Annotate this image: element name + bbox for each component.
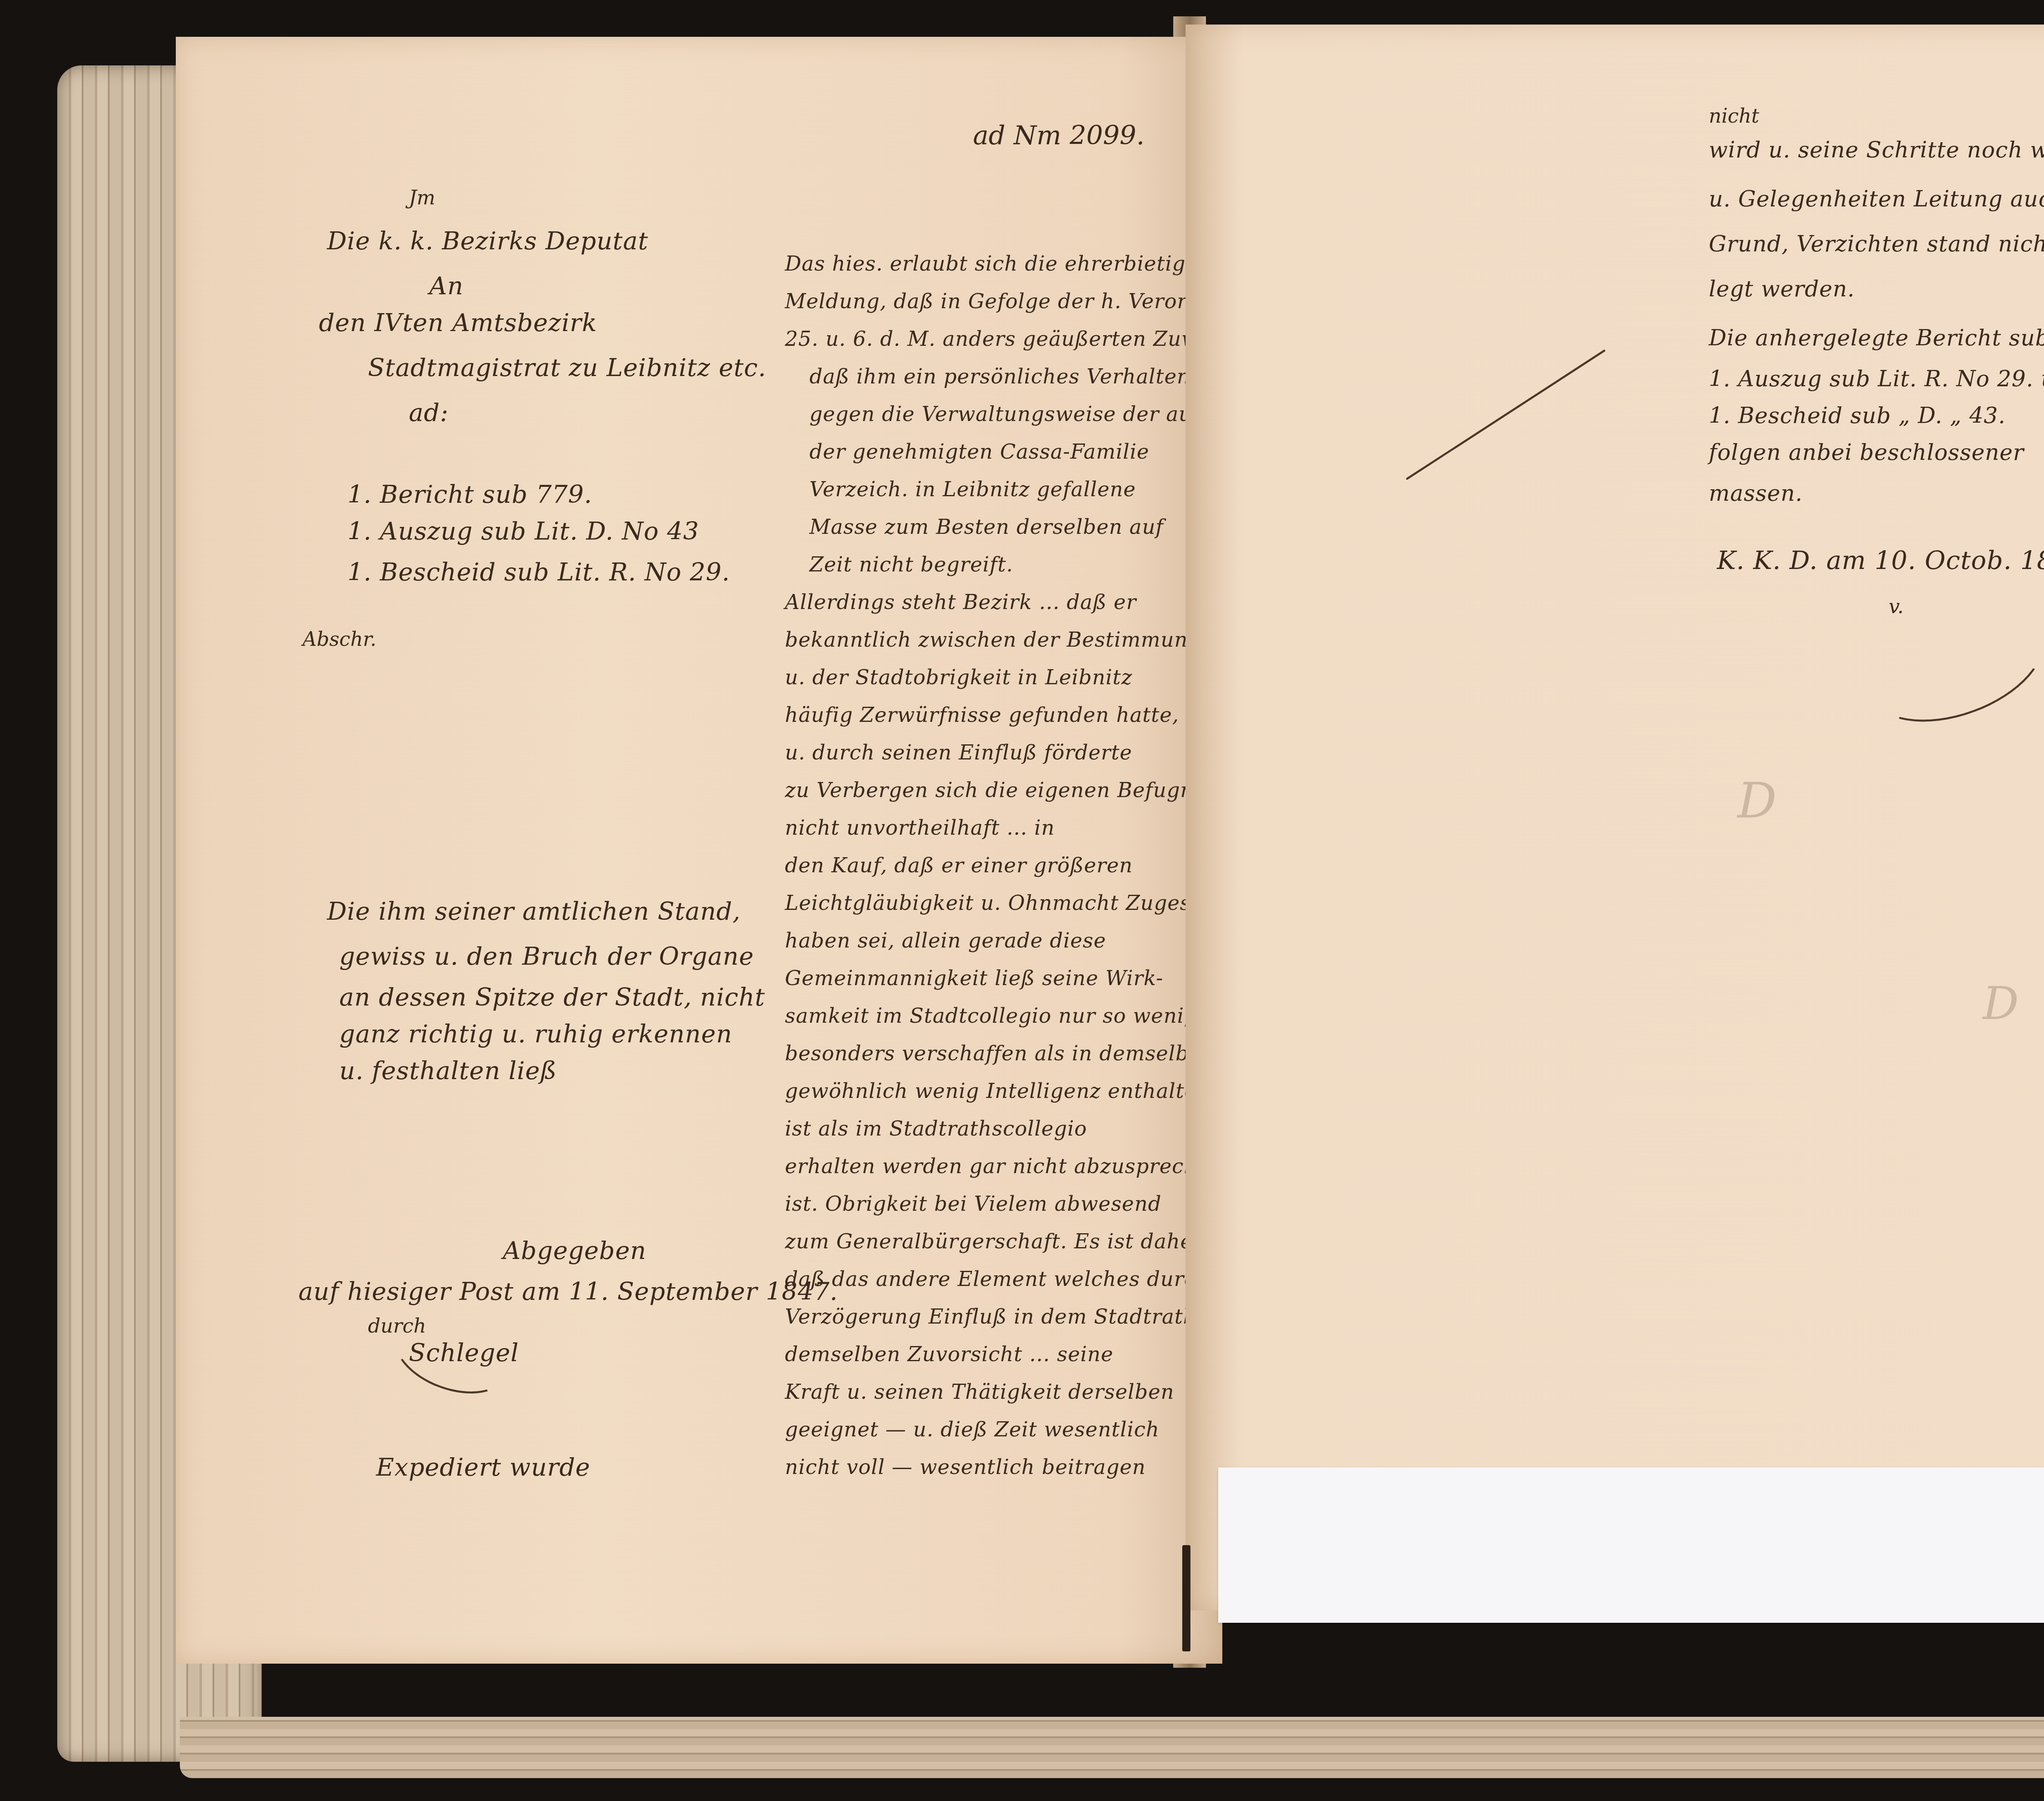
bleed-through-mark: D — [1737, 777, 1777, 826]
body-line: u. durch seinen Einfluß förderte — [785, 742, 1251, 763]
bleed-through-mark: D — [1983, 981, 2019, 1026]
right-body-line: legt werden. — [1709, 278, 1855, 300]
closing-mark: v. — [1889, 597, 1904, 616]
address-line: Jm — [409, 188, 435, 208]
side-note-line: gewiss u. den Bruch der Organe — [339, 944, 754, 969]
body-line: nicht unvortheilhaft ... in — [785, 818, 1251, 838]
right-body-line: 1. Auszug sub Lit. R. No 29. u. — [1709, 368, 2044, 390]
address-line: den IVten Amtsbezirk — [319, 311, 597, 335]
right-body-line: 1. Bescheid sub „ D. „ 43. — [1709, 405, 2006, 427]
bookmark-ribbon — [1182, 1545, 1190, 1651]
marginal-label: Abschr. — [303, 629, 377, 649]
side-note-line: ganz richtig u. ruhig erkennen — [339, 1022, 732, 1046]
address-line: Stadtmagistrat zu Leibnitz etc. — [368, 356, 766, 380]
right-body-line: Grund, Verzichten stand nicht nachge- — [1709, 233, 2044, 255]
right-body-line: wird u. seine Schritte noch weiter — [1709, 139, 2044, 161]
dispatch-line: auf hiesiger Post am 11. September 1847. — [298, 1279, 838, 1304]
body-line: erhalten werden gar nicht abzusprechen — [785, 1156, 1251, 1176]
body-line: gewöhnlich wenig Intelligenz enthalten — [785, 1081, 1251, 1101]
right-body-line: Die anhergelegte Bericht sub 779. u. — [1709, 327, 2044, 349]
side-note-line: Die ihm seiner amtlichen Stand, — [327, 899, 741, 924]
right-body-line: u. Gelegenheiten Leitung auch klar mit — [1709, 188, 2044, 210]
body-line: der genehmigten Cassa-Familie — [785, 441, 1251, 462]
body-line: daß das andere Element welches durch — [785, 1269, 1251, 1289]
body-line: häufig Zerwürfnisse gefunden hatte, — [785, 705, 1251, 725]
reference-number: ad Nm 2099. — [973, 123, 1145, 149]
address-line: ad: — [409, 401, 448, 425]
right-body-line: massen. — [1709, 482, 1803, 504]
enclosure-item: 1. Bescheid sub Lit. R. No 29. — [347, 560, 730, 585]
body-line: haben sei, allein gerade diese — [785, 930, 1251, 951]
body-line: gegen die Verwaltungsweise der auf — [785, 404, 1251, 424]
bottom-page-edges — [180, 1717, 2044, 1778]
body-line: Meldung, daß in Gefolge der h. Verordnun… — [785, 291, 1251, 311]
address-line: An — [429, 274, 464, 298]
body-line: u. der Stadtobrigkeit in Leibnitz — [785, 667, 1251, 688]
margin-note: nicht — [1709, 106, 1759, 126]
dispatch-line: Abgegeben — [503, 1239, 646, 1263]
inserted-white-slip-bottom — [1218, 1467, 2044, 1623]
right-page — [1186, 25, 2044, 1611]
body-line: Masse zum Besten derselben auf — [785, 517, 1251, 537]
side-note-line: an dessen Spitze der Stadt, nicht — [339, 985, 765, 1010]
body-line: Verzögerung Einfluß in dem Stadtrath — [785, 1306, 1251, 1327]
body-line: zu Verbergen sich die eigenen Befugnis — [785, 780, 1251, 800]
body-line: Leichtgläubigkeit u. Ohnmacht Zugestande… — [785, 893, 1251, 913]
body-line: Verzeich. in Leibnitz gefallene — [785, 479, 1251, 500]
body-line: demselben Zuvorsicht ... seine — [785, 1344, 1251, 1364]
body-line: besonders verschaffen als in demselben — [785, 1043, 1251, 1064]
body-line: daß ihm ein persönliches Verhalten — [785, 366, 1251, 387]
body-line: samkeit im Stadtcollegio nur so weniger — [785, 1006, 1251, 1026]
body-line: Zeit nicht begreift. — [785, 554, 1251, 575]
body-line: ist. Obrigkeit bei Vielem abwesend — [785, 1194, 1251, 1214]
address-line: Die k. k. Bezirks Deputat — [327, 229, 648, 253]
body-line: bekanntlich zwischen der Bestimmung — [785, 629, 1251, 650]
side-note-line: u. festhalten ließ — [339, 1059, 557, 1083]
body-line: 25. u. 6. d. M. anders geäußerten Zuweis… — [785, 329, 1251, 349]
closing-date: K. K. D. am 10. Octob. 1847 — [1717, 548, 2044, 573]
enclosure-item: 1. Auszug sub Lit. D. No 43 — [347, 519, 699, 544]
enclosure-item: 1. Bericht sub 779. — [347, 482, 592, 507]
body-line: ist als im Stadtrathscollegio — [785, 1118, 1251, 1139]
body-line: den Kauf, daß er einer größeren — [785, 855, 1251, 876]
body-line: Das hies. erlaubt sich die ehrerbietigst… — [785, 253, 1251, 274]
right-body-line: folgen anbei beschlossener — [1709, 441, 2024, 464]
body-line: Allerdings steht Bezirk ... daß er — [785, 592, 1251, 612]
middle-column-text: Das hies. erlaubt sich die ehrerbietigst… — [785, 253, 1251, 1494]
body-line: zum Generalbürgerschaft. Es ist daher be… — [785, 1231, 1251, 1252]
body-line: geeignet — u. dieß Zeit wesentlich — [785, 1419, 1251, 1440]
body-line: Gemeinmannigkeit ließ seine Wirk- — [785, 968, 1251, 988]
expedited-note: Expediert wurde — [376, 1455, 590, 1480]
body-line: nicht voll — wesentlich beitragen — [785, 1457, 1251, 1477]
body-line: Kraft u. seinen Thätigkeit derselben — [785, 1382, 1251, 1402]
